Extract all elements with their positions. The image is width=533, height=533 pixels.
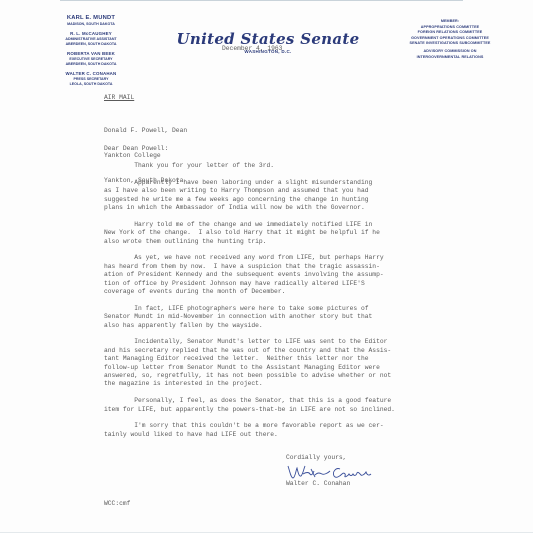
staff-entry: R. L. McCAUGHEYADMINISTRATIVE ASSISTANTA… bbox=[36, 30, 146, 47]
body-line: plans in which the Ambassador of India w… bbox=[104, 204, 395, 212]
body-line: item for LIFE, but apparently the powers… bbox=[104, 406, 395, 414]
body-line: Apparently I have been laboring under a … bbox=[104, 179, 395, 187]
body-line: Incidentally, Senator Mundt's letter to … bbox=[104, 338, 395, 346]
body-line: Personally, I feel, as does the Senator,… bbox=[104, 397, 395, 405]
body-line: Senator Mundt in mid-November in connect… bbox=[104, 313, 395, 321]
body-line: tion of office by President Johnson may … bbox=[104, 280, 395, 288]
staff-name: R. L. McCAUGHEY bbox=[36, 30, 146, 37]
body-line: as I have also been writing to Harry Tho… bbox=[104, 187, 395, 195]
page-edge bbox=[60, 0, 463, 1]
body-line: I'm sorry that this couldn't be a more f… bbox=[104, 422, 395, 430]
staff-name: KARL E. MUNDT bbox=[36, 15, 146, 22]
letter-date: December 4, 1963 bbox=[222, 45, 282, 53]
body-paragraph: I'm sorry that this couldn't be a more f… bbox=[104, 422, 395, 439]
body-line: Harry told me of the change and we immed… bbox=[104, 221, 395, 229]
staff-entry: WALTER C. CONAHANPRESS SECRETARYLEOLA, S… bbox=[36, 70, 146, 87]
body-line: answered, so, regretfully, it has not be… bbox=[104, 372, 395, 380]
handwritten-signature bbox=[282, 462, 382, 482]
staff-detail: LEOLA, SOUTH DAKOTA bbox=[36, 82, 146, 87]
body-paragraph: As yet, we have not received any word fr… bbox=[104, 254, 395, 296]
body-line: the magazine is interested in the projec… bbox=[104, 380, 395, 388]
staff-entry: ROBERTA VAN BEEKEXECUTIVE SECRETARYABERD… bbox=[36, 50, 146, 67]
body-line: Thank you for your letter of the 3rd. bbox=[104, 162, 395, 170]
letter-page: KARL E. MUNDTMADISON, SOUTH DAKOTAR. L. … bbox=[0, 0, 533, 533]
body-line: has heard from them by now. I have a sus… bbox=[104, 263, 395, 271]
staff-detail: ABERDEEN, SOUTH DAKOTA bbox=[36, 42, 146, 47]
body-paragraph: Personally, I feel, as does the Senator,… bbox=[104, 397, 395, 414]
staff-detail: MADISON, SOUTH DAKOTA bbox=[36, 22, 146, 27]
body-paragraph: Incidentally, Senator Mundt's letter to … bbox=[104, 338, 395, 388]
letter-body: Thank you for your letter of the 3rd. Ap… bbox=[104, 162, 395, 448]
body-paragraph: In fact, LIFE photographers were here to… bbox=[104, 305, 395, 330]
body-line: also wrote them outlining the hunting tr… bbox=[104, 238, 395, 246]
staff-name: WALTER C. CONAHAN bbox=[36, 70, 146, 77]
advisory-line: INTERGOVERNMENTAL RELATIONS bbox=[375, 55, 525, 61]
body-paragraph: Harry told me of the change and we immed… bbox=[104, 221, 395, 246]
staff-entry: KARL E. MUNDTMADISON, SOUTH DAKOTA bbox=[36, 15, 146, 27]
committee-list: MEMBER: APPROPRIATIONS COMMITTEE FOREIGN… bbox=[375, 19, 525, 60]
body-line: As yet, we have not received any word fr… bbox=[104, 254, 395, 262]
delivery-method: AIR MAIL bbox=[104, 94, 134, 102]
body-line: In fact, LIFE photographers were here to… bbox=[104, 305, 395, 313]
body-line: follow-up letter from Senator Mundt to t… bbox=[104, 364, 395, 372]
body-line: tant Managing Editor received the letter… bbox=[104, 355, 395, 363]
salutation: Dear Dean Powell: bbox=[104, 145, 168, 153]
staff-detail: ABERDEEN, SOUTH DAKOTA bbox=[36, 62, 146, 67]
body-line: ation of President Kennedy and the subse… bbox=[104, 271, 395, 279]
staff-list: KARL E. MUNDTMADISON, SOUTH DAKOTAR. L. … bbox=[36, 15, 146, 90]
staff-name: ROBERTA VAN BEEK bbox=[36, 50, 146, 57]
body-line: also has apparently fallen by the waysid… bbox=[104, 322, 395, 330]
body-line: and his secretary replied that he was ou… bbox=[104, 347, 395, 355]
recipient-line: Donald F. Powell, Dean bbox=[104, 127, 187, 135]
body-line: coverage of events during the month of D… bbox=[104, 288, 395, 296]
body-paragraph: Thank you for your letter of the 3rd. bbox=[104, 162, 395, 170]
committee-item: SENATE INVESTIGATIONS SUBCOMMITTEE bbox=[375, 41, 525, 47]
body-line: New York of the change. I also told Harr… bbox=[104, 229, 395, 237]
reference-initials: WCC:cmf bbox=[104, 500, 130, 508]
typed-signature-name: Walter C. Conahan bbox=[286, 480, 350, 488]
body-line: suggested he write me a few weeks ago co… bbox=[104, 196, 395, 204]
body-paragraph: Apparently I have been laboring under a … bbox=[104, 179, 395, 213]
body-line: tainly would liked to have had LIFE out … bbox=[104, 431, 395, 439]
